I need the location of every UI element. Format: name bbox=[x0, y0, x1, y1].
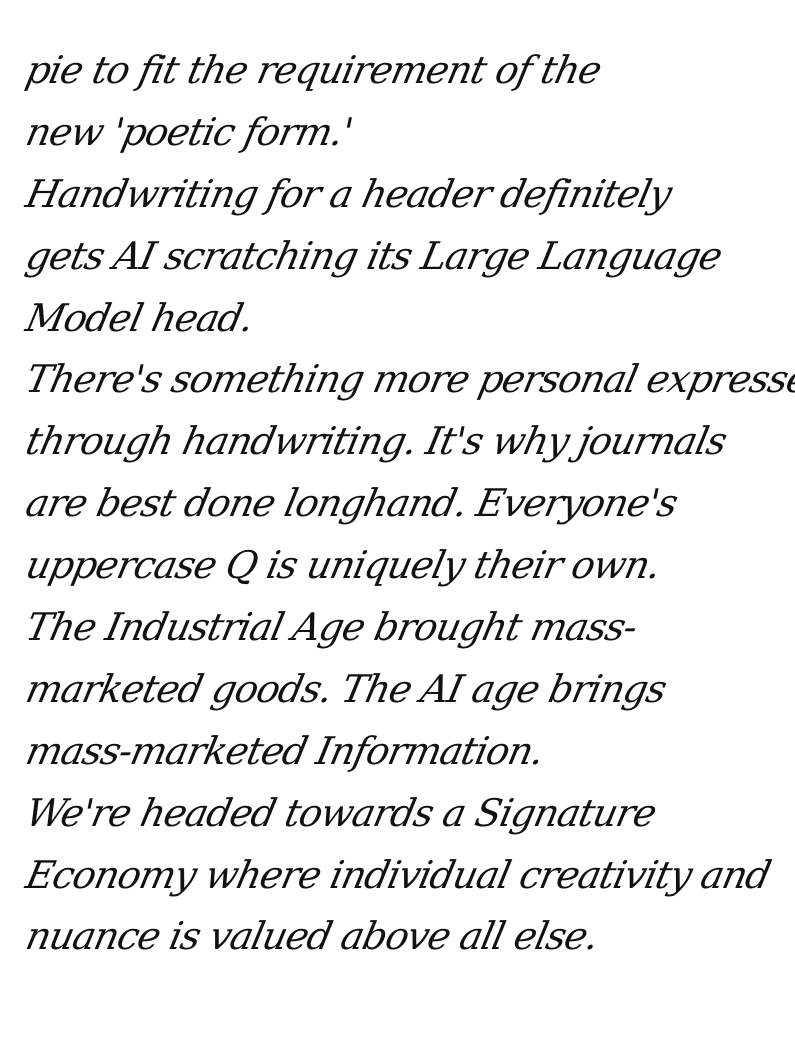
text-line: There's something more personal expresse… bbox=[20, 349, 793, 411]
text-line: nuance is valued above all else. bbox=[20, 906, 793, 968]
text-line: Handwriting for a header definitely bbox=[20, 164, 793, 226]
text-line: Model head. bbox=[20, 288, 793, 350]
text-line: marketed goods. The AI age brings bbox=[20, 659, 793, 721]
text-line: through handwriting. It's why journals bbox=[20, 411, 793, 473]
handwritten-page: pie to fit the requirement of the new 'p… bbox=[0, 0, 795, 1042]
handwritten-text: pie to fit the requirement of the new 'p… bbox=[20, 40, 780, 968]
text-line: new 'poetic form.' bbox=[20, 102, 793, 164]
text-line: are best done longhand. Everyone's bbox=[20, 473, 793, 535]
text-line: The Industrial Age brought mass- bbox=[20, 597, 793, 659]
text-line: pie to fit the requirement of the bbox=[20, 40, 793, 102]
text-line: uppercase Q is uniquely their own. bbox=[20, 535, 793, 597]
text-line: mass-marketed Information. bbox=[20, 721, 793, 783]
text-line: Economy where individual creativity and bbox=[20, 845, 793, 907]
text-line: gets AI scratching its Large Language bbox=[20, 226, 793, 288]
text-line: We're headed towards a Signature bbox=[20, 783, 793, 845]
